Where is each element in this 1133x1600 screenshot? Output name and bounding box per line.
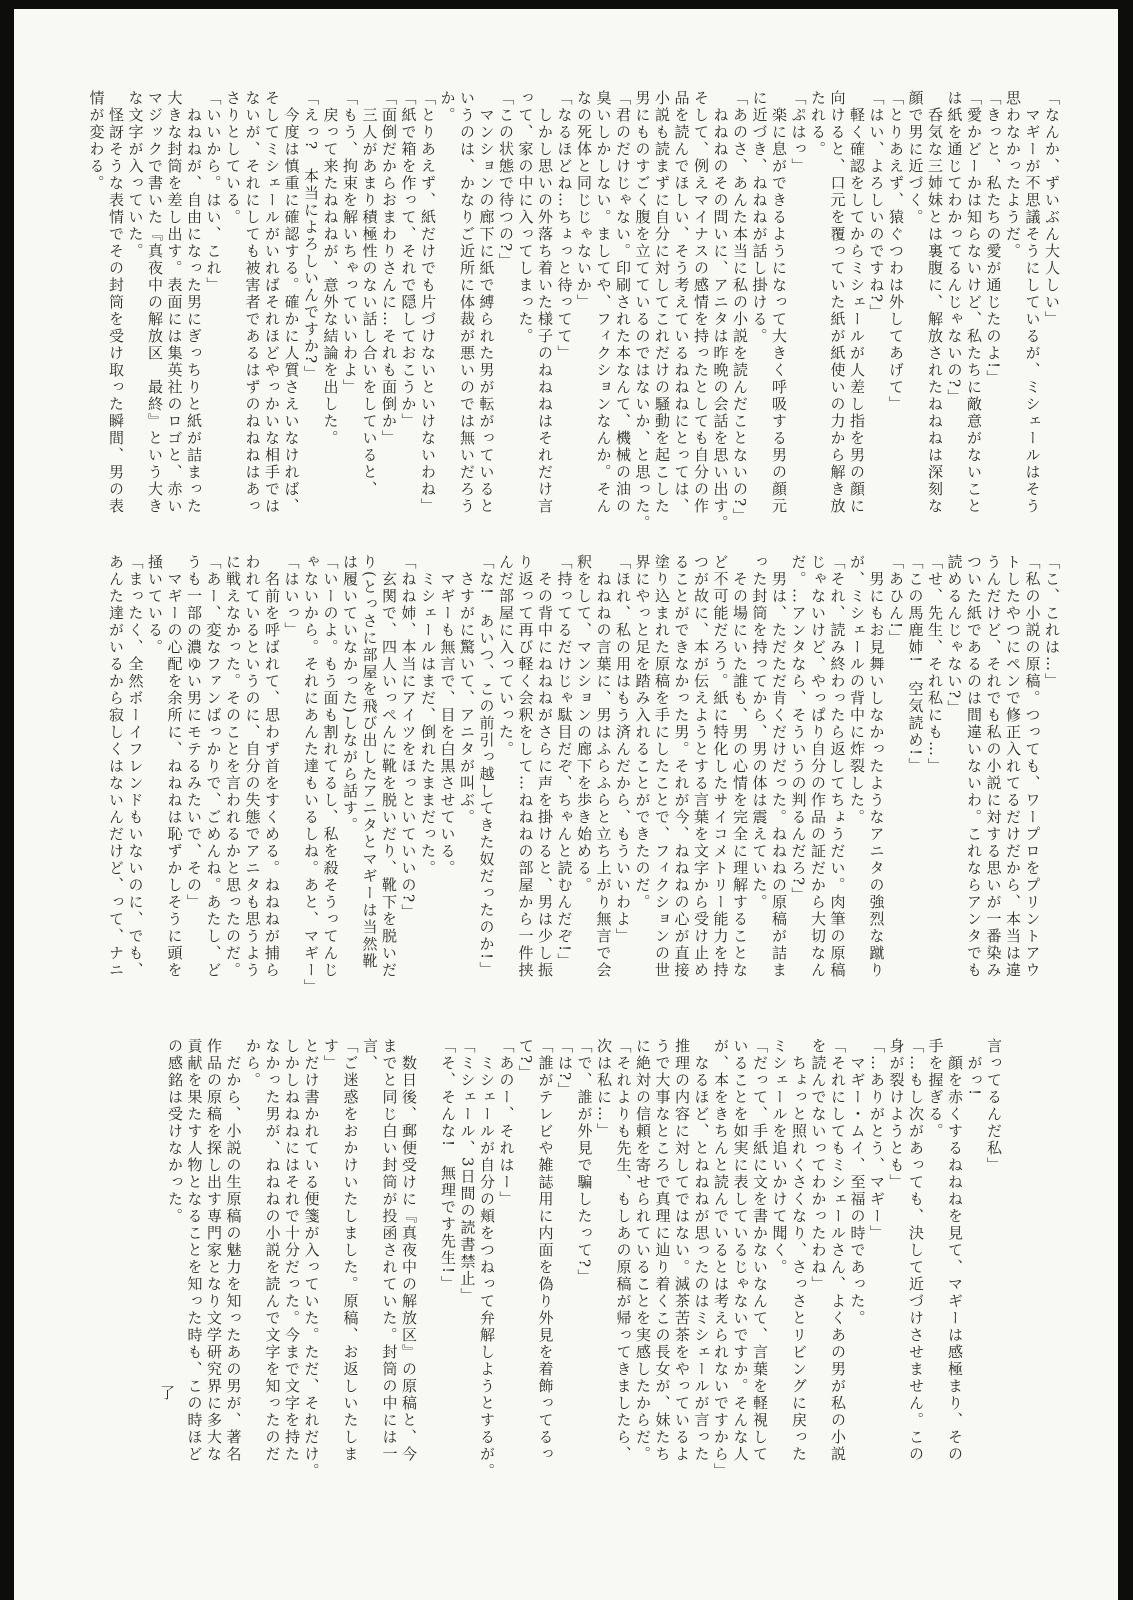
text-column: が、ミシェールの背中に炸裂した。 — [847, 554, 867, 1012]
text-column: 「愛かどーかは知らないけど、私たちに敵意がないこと — [964, 90, 984, 542]
text-column: 言ってるんだ私」 — [984, 1038, 1004, 1516]
text-column: 「な! あいつ、この前引っ越してきた奴だったのか!」 — [476, 554, 496, 1012]
text-column: は履いていなかった)しながら話す。 — [340, 554, 360, 1012]
text-column: 「とりあえず、猿ぐつわは外してあげて」 — [886, 90, 906, 542]
text-column: マジックで書いた『真夜中の解放区 最終』という大き — [145, 90, 165, 542]
text-column: ど不可能だろう。紙に特化したサイコメトリー能力を持 — [710, 554, 730, 1012]
text-column: 男にもお見舞いしなかったようなアニタの強烈な蹴り — [866, 554, 886, 1012]
text-column: 軽く確認をしてからミシェールが人差し指を男の顔に — [847, 90, 867, 542]
scan-edge-right — [1118, 0, 1133, 1600]
text-column: 「もう、拘束を解いちゃっていいわよ」 — [340, 90, 360, 542]
text-column: 「なんか、ずいぶん大人しい」 — [1042, 90, 1062, 542]
text-column: あんた達がいるから寂しくはないんだけど、って、ナニ — [106, 554, 126, 1012]
text-column: 「あひん!」 — [886, 554, 906, 1012]
text-column: 「あのさ、あんた本当に私の小説を読んだことないの?」 — [730, 90, 750, 542]
text-column: 「紙で箱を作って、それで隠しておこうか」 — [398, 90, 418, 542]
text-column: なの死体と同じじゃないか」 — [574, 90, 594, 542]
text-column: 「君のだけじゃない。印刷された本なんて、機械の油の — [613, 90, 633, 542]
text-column: ゃないから。それにあんた達もいるしね。あと、マギー」 — [301, 554, 321, 1012]
text-column: うで大事なところで真理に辿り着くこの長女が、妹たち — [652, 1038, 672, 1516]
text-column: 臭いしかしない。ましてや、フィクションなんか。そん — [593, 90, 613, 542]
text-column: そして、例えマイナスの感情を持ったとしても自分の作 — [691, 90, 711, 542]
text-column: ねねねのその問いに、アニタは昨晩の会話を思い出す。 — [710, 90, 730, 542]
text-column: マギーが不思議そうにしているが、ミシェールはそう — [1022, 90, 1042, 542]
scan-edge-top — [0, 0, 1133, 9]
text-column: だ。…アンタなら、そういうの判るんだろ?」 — [788, 554, 808, 1012]
text-column: 「なるほどね…ちょっと待ってて」 — [554, 90, 574, 542]
text-column: マギーの心配を余所に、ねねねは恥ずかしそうに頭を — [164, 554, 184, 1012]
scan-edge-left — [0, 0, 14, 1600]
text-column: 手を握ぎる。 — [925, 1038, 945, 1516]
text-column: を読んでないってわかったわね」 — [808, 1038, 828, 1516]
text-column: に近づき、ねねねが話し掛ける。 — [749, 90, 769, 542]
text-column: 「それ、読み終わったら返してちょうだい。肉筆の原稿 — [827, 554, 847, 1012]
text-column: ついた紙であるのは間違いないわ。これならアンタでも — [964, 554, 984, 1012]
text-column: 読めるんじゃない?」 — [944, 554, 964, 1012]
text-column: いることを如実に表しているじゃないですか。そんな人 — [730, 1038, 750, 1516]
text-column: 今度は慎重に確認する。確かに人質さえいなければ、 — [281, 90, 301, 542]
text-column: 品を読んでほしい、そう考えているねねねにとっては、 — [671, 90, 691, 542]
text-column: その場にいた誰も、男の心情を完全に理解することな — [730, 554, 750, 1012]
text-column: んだ部屋に入っていった。 — [496, 554, 516, 1012]
text-column: ることができなかった男。それが今、ねねねの心が直接 — [671, 554, 691, 1012]
text-column: さりとしている。 — [223, 90, 243, 542]
text-column: 「そ、そんな! 無理です先生!」 — [438, 1038, 458, 1516]
text-column: 「ご迷惑をおかけいたしました。原稿、お返しいたしま — [340, 1038, 360, 1516]
text-column: す」 — [321, 1038, 341, 1516]
text-block-2: 「こ、これは…」「私の小説の原稿。つっても、ワープロをプリントアウトしたやつにペ… — [85, 554, 1061, 1012]
text-column: 「ぷはっ」 — [788, 90, 808, 542]
text-column: 戻って来たねねねが、意外な結論を出した。 — [320, 90, 340, 542]
text-column: 「きっと、私たちの愛が通じたのよ!」 — [983, 90, 1003, 542]
text-column: 「は?」 — [555, 1038, 575, 1516]
text-column: り返って再び軽く会釈をして…ねねねの部屋から一件挟 — [515, 554, 535, 1012]
text-column: 「持ってるだけじゃ駄目だぞ、ちゃんと読むんだぞ!」 — [554, 554, 574, 1012]
text-column: から。 — [243, 1038, 263, 1516]
text-column: 男は、ただただ肯くだけだった。ねねねの原稿が詰ま — [769, 554, 789, 1012]
text-column: ないが、それにしても被害者であるはずのねねねはあっ — [242, 90, 262, 542]
text-column: 名前を呼ばれて、思わず首をすくめる。ねねねが捕ら — [262, 554, 282, 1012]
text-column: 男にものすごく腹を立てているのではないか、と思った。 — [632, 90, 652, 542]
text-column: ミシェールはまだ、倒れたままだった。 — [418, 554, 438, 1012]
text-column: に戦えなかった。そのことを言われるかと思ったのだ。 — [223, 554, 243, 1012]
text-column: なかった男が、ねねねの小説を読んで文字を知ったのだ — [262, 1038, 282, 1516]
text-block-1: 「なんか、ずいぶん大人しい」 マギーが不思議そうにしているが、ミシェールはそう思… — [85, 90, 1061, 542]
text-column: ミシェールを追いかけて聞く。 — [769, 1038, 789, 1516]
text-column — [418, 1038, 438, 1516]
text-column: 向けると、口元を覆っていた紙が紙使いの力から解き放 — [827, 90, 847, 542]
text-column: 掻いている。 — [145, 554, 165, 1012]
text-column: 貢献を果たす人物となることを知った時も、この時ほど — [184, 1038, 204, 1516]
text-column: 「それにしてもミシェールさん、よくあの男が私の小説 — [828, 1038, 848, 1516]
text-column: 「この馬鹿姉! 空気読め!」 — [905, 554, 925, 1012]
text-column: たれる。 — [808, 90, 828, 542]
text-column: 思わなかったようだ。 — [1003, 90, 1023, 542]
text-column: 「いいから。はい、これ」 — [203, 90, 223, 542]
text-column: て?」 — [516, 1038, 536, 1516]
text-column: ねねねの言葉に、男はふらふらと立ち上がり無言で会 — [593, 554, 613, 1012]
text-column: しかしねねねにはそれで十分だった。今まで文字を持た — [282, 1038, 302, 1516]
text-column: 「ねね姉、本当にアイツをほっといていいの?」 — [398, 554, 418, 1012]
text-column: 数日後、郵便受けに『真夜中の解放区』の原稿と、今 — [399, 1038, 419, 1516]
text-column: 「この状態で待つの?」 — [496, 90, 516, 542]
text-column: とだけ書かれている便箋が入っていた。ただ、それだけ。 — [301, 1038, 321, 1516]
text-column: な文字が入っていた。 — [125, 90, 145, 542]
text-column: がっ! — [964, 1038, 984, 1516]
text-column: 「だって、手紙に文を書かないなんて、言葉を軽視して — [750, 1038, 770, 1516]
text-column: 「こ、これは…」 — [1042, 554, 1062, 1012]
text-column: ねねねが、自由になった男にぎっちりと紙が詰まった — [184, 90, 204, 542]
text-column: マンションの廊下に紙で縛られた男が転がっていると — [476, 90, 496, 542]
text-column: か。 — [437, 90, 457, 542]
text-column: つが故に、本が伝えようとする言葉を文字から受け止め — [691, 554, 711, 1012]
text-column: 「ミシェール、3日間の読書禁止」 — [457, 1038, 477, 1516]
text-column: 「…もし次があっても、決して近づけさせません。この — [906, 1038, 926, 1516]
text-column: は紙を通じてわかってるんじゃないの?」 — [944, 90, 964, 542]
text-column: までと同じ白い封筒が投函されていた。封筒の中には一 — [379, 1038, 399, 1516]
text-column: ちょっと照れくさくなり、さっさとリビングに戻った — [789, 1038, 809, 1516]
text-column: 顔を赤くするねねねを見て、マギーは感極まり、その — [945, 1038, 965, 1516]
text-column: 「面倒だからおまわりさんに…それも面倒か」 — [379, 90, 399, 542]
text-column: 「はい、よろしいのですね?」 — [866, 90, 886, 542]
text-column: 「…ありがとう、マギー」 — [867, 1038, 887, 1516]
text-column: 「えっ? 本当によろしいんですか?」 — [301, 90, 321, 542]
text-column: 「私の小説の原稿。つっても、ワープロをプリントアウ — [1022, 554, 1042, 1012]
text-column: 「せ、先生、それ私にも…」 — [925, 554, 945, 1012]
text-column: が、本をきちんと読んでいるとは考えられないですから」 — [711, 1038, 731, 1516]
text-column: 塗り込まれた原稿を手にしたことで、フィクションの世 — [652, 554, 672, 1012]
text-column: 推理の内容に対してではない。滅茶苦茶をやっているよ — [672, 1038, 692, 1516]
text-column: いうのは、かなりご近所に体裁が悪いのでは無いだろう — [457, 90, 477, 542]
text-column: 界にやっと足を踏み入れることができたのだ。 — [632, 554, 652, 1012]
text-column: 次は私に…」 — [594, 1038, 614, 1516]
text-column: そしてミシェールがいればそれほどやっかいな相手では — [262, 90, 282, 542]
text-column: 「誰がテレビや雑誌用に内面を偽り外見を着飾ってるっ — [535, 1038, 555, 1516]
text-column: 玄関で、四人いっぺんに靴を脱いだり、靴下を脱いだ — [379, 554, 399, 1012]
text-column: マギー・ムイ、至福の時であった。 — [847, 1038, 867, 1516]
text-column: 身が裂けようとも」 — [886, 1038, 906, 1516]
text-column: ミシェールが自分の頬をつねって弁解しようとするが。 — [477, 1038, 497, 1516]
text-column: り(とっさに部屋を飛び出したアニタとマギーは当然靴 — [359, 554, 379, 1012]
text-column: しかし思いの外落ち着いた様子のねねねはそれだけ言 — [535, 90, 555, 542]
text-column: 怪訝そうな表情でその封筒を受け取った瞬間、男の表 — [106, 90, 126, 542]
text-block-3: 言ってるんだ私」 がっ! 顔を赤くするねねねを見て、マギーは感極まり、その手を握… — [85, 1038, 1003, 1516]
text-column: って、家の中に入ってしまった。 — [515, 90, 535, 542]
text-column: 小説も読まずに自分に対してこれだけの騒動を起こした — [652, 90, 672, 542]
text-column: 呑気な三姉妹とは裏腹に、解放されたねねねは深刻な — [925, 90, 945, 542]
end-mark: 了 — [160, 1382, 175, 1403]
text-column: マギーも無言で、目を白黒させている。 — [437, 554, 457, 1012]
text-column: だから、小説の生原稿の魅力を知ったあの男が、著名 — [223, 1038, 243, 1516]
text-column: われているというのに、自分の失態でアニタも思うよう — [242, 554, 262, 1012]
text-column: の感銘は受けなかった。 — [165, 1038, 185, 1516]
text-column: 三人があまり積極性のない話し合いをしていると、 — [359, 90, 379, 542]
text-column: 「まったく、全然ボーイフレンドもいないのに、でも、 — [125, 554, 145, 1012]
text-column: うも一部の濃ゆい男にモテるみたいで、その」 — [184, 554, 204, 1012]
text-column: 「はいっ」 — [281, 554, 301, 1012]
text-column: 「ほれ、私の用はもう済んだから、もういいわよ」 — [613, 554, 633, 1012]
text-column: その背中にねねねがさらに声を掛けると、男は少し振 — [535, 554, 555, 1012]
text-column: トしたやつにペンで修正入れてるだけだから、本当は違 — [1003, 554, 1023, 1012]
text-column: 「あー、変なファンばっかりで、ごめんね。あたし、ど — [203, 554, 223, 1012]
text-column: 「とりあえず、紙だけでも片づけないといけないわね」 — [418, 90, 438, 542]
text-column: 情が変わる。 — [86, 90, 106, 542]
text-column: うんだけど、それでも私の小説に対する思いが一番染み — [983, 554, 1003, 1012]
text-column: 大きな封筒を差し出す。表面には集英社のロゴと、赤い — [164, 90, 184, 542]
text-column: じゃないけど、やっぱり自分の作品の証だから大切なん — [808, 554, 828, 1012]
text-column: 「いーのよ。もう面も割れてるし、私を殺そうってんじ — [320, 554, 340, 1012]
text-column: 顔で男に近づく。 — [905, 90, 925, 542]
text-column: 楽に息ができるようになって大きく呼吸する男の顔元 — [769, 90, 789, 542]
text-column: った封筒を持ってから、男の体は震えていた。 — [749, 554, 769, 1012]
text-column: 釈をして、マンションの廊下を歩き始める。 — [574, 554, 594, 1012]
scanned-page: 「なんか、ずいぶん大人しい」 マギーが不思議そうにしているが、ミシェールはそう思… — [0, 0, 1133, 1600]
text-column: に絶対の信頼を寄せられていることを実感したからだ。 — [633, 1038, 653, 1516]
text-column: 作品の原稿を探し出す専門家となり文学研究界に多大な — [204, 1038, 224, 1516]
text-column: さすがに驚いて、アニタが叫ぶ。 — [457, 554, 477, 1012]
text-column: 「あのー、それはー」 — [496, 1038, 516, 1516]
text-column: 「で、誰が外見で騙したって?」 — [574, 1038, 594, 1516]
text-column: 「それよりも先生、もしあの原稿が帰ってきましたら、 — [613, 1038, 633, 1516]
text-column: 言、 — [360, 1038, 380, 1516]
text-column: なるほど、とねねねが思ったのはミシェールが言った — [691, 1038, 711, 1516]
